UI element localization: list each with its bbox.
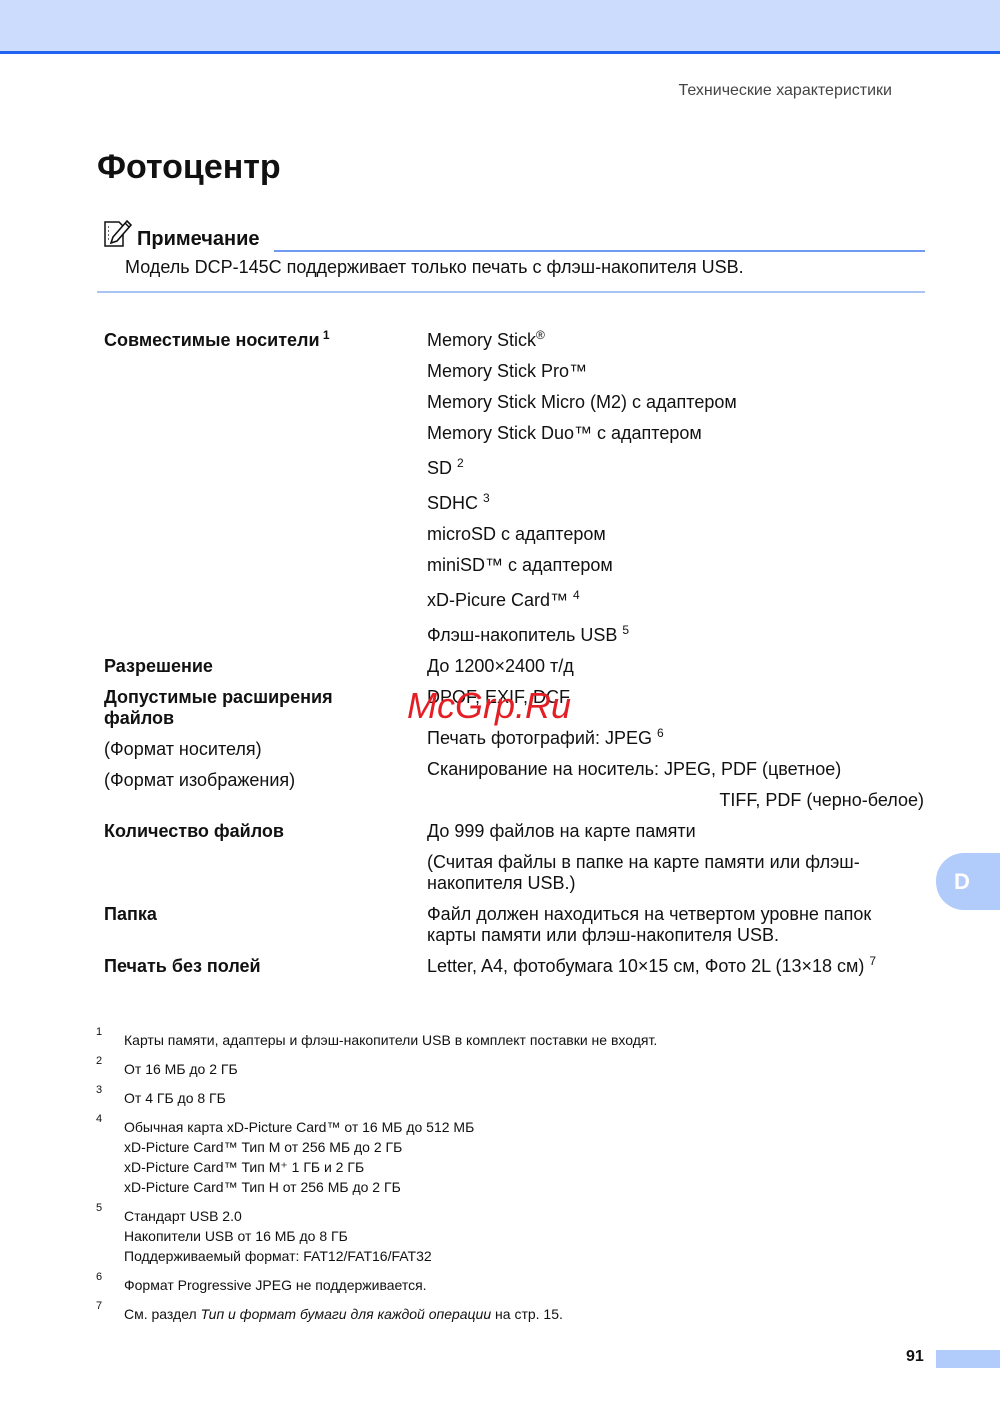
note-rule [274,250,925,252]
footnote: 3От 4 ГБ до 8 ГБ [96,1088,896,1108]
spec-label: Папка [104,904,427,946]
footnote-line: Стандарт USB 2.0 [124,1206,432,1226]
spec-label-text: Папка [104,904,157,924]
footnote-text: Карты памяти, адаптеры и флэш-накопители… [124,1030,657,1050]
footnote-text: Формат Progressive JPEG не поддерживаетс… [124,1275,427,1295]
spec-row: Количество файловДо 999 файлов на карте … [104,821,924,894]
spec-value-line: Memory Stick Pro™ [427,361,924,382]
footnote-number: 6 [96,1271,124,1291]
spec-row: Совместимые носители 1Memory Stick®Memor… [104,330,924,646]
spec-value-line: До 999 файлов на карте памяти [427,821,917,842]
chapter-tab: D [936,853,1000,910]
footnote-line: От 4 ГБ до 8 ГБ [124,1088,226,1108]
footnote-text: Стандарт USB 2.0Накопители USB от 16 МБ … [124,1206,432,1266]
footnote-number: 1 [96,1026,124,1046]
footnote-text: Обычная карта xD-Picture Card™ от 16 МБ … [124,1117,474,1197]
footnote-ref: ® [536,328,545,342]
spec-row: ПапкаФайл должен находиться на четвертом… [104,904,924,946]
spec-value: До 999 файлов на карте памяти(Считая фай… [427,821,924,894]
footnote-number: 7 [96,1300,124,1320]
spec-value-line: Файл должен находиться на четвертом уров… [427,904,917,946]
spec-value-line: xD-Picure Card™ 4 [427,590,924,611]
footnote-text: От 4 ГБ до 8 ГБ [124,1088,226,1108]
page-title: Фотоцентр [97,148,281,187]
footnotes: 1Карты памяти, адаптеры и флэш-накопител… [96,1030,896,1333]
spec-value-line: microSD с адаптером [427,524,924,545]
spec-label: Разрешение [104,656,427,677]
spec-value-line: Печать фотографий: JPEG 6 [427,728,924,749]
footnote: 6Формат Progressive JPEG не поддерживает… [96,1275,896,1295]
spec-label-text: Количество файлов [104,821,284,841]
page-number-bar [936,1350,1000,1368]
footnote-line: От 16 МБ до 2 ГБ [124,1059,238,1079]
footnote: 1Карты памяти, адаптеры и флэш-накопител… [96,1030,896,1050]
note-title: Примечание [137,228,260,250]
footnote: 4Обычная карта xD-Picture Card™ от 16 МБ… [96,1117,896,1197]
spec-sublabel: (Формат изображения) [104,770,427,791]
footnote-ref: 7 [869,954,876,968]
spec-sublabel: (Формат носителя) [104,739,427,760]
footnote-line: xD-Picture Card™ Тип H от 256 МБ до 2 ГБ [124,1177,474,1197]
spec-value-line: Memory Stick® [427,330,924,351]
spec-table: Совместимые носители 1Memory Stick®Memor… [104,330,924,977]
footnote-line: xD-Picture Card™ Тип M⁺ 1 ГБ и 2 ГБ [124,1157,474,1177]
spec-label: Допустимые расширения файлов(Формат носи… [104,687,427,811]
footnote-ref: 6 [657,726,664,740]
spec-label-text: Совместимые носители 1 [104,330,330,350]
footnote-number: 5 [96,1202,124,1262]
note-pencil-icon [101,218,133,250]
note-text: Модель DCP-145C поддерживает только печа… [125,257,925,278]
footnote-ref: 5 [622,623,629,637]
footnote-ref: 3 [483,491,490,505]
spec-value-line: Memory Stick Duo™ с адаптером [427,423,924,444]
page-number: 91 [906,1348,924,1366]
spec-value-line: До 1200×2400 т/д [427,656,924,677]
note-box: Примечание Модель DCP-145C поддерживает … [97,216,925,293]
footnote-line: Накопители USB от 16 МБ до 8 ГБ [124,1226,432,1246]
footnote-line: Поддерживаемый формат: FAT12/FAT16/FAT32 [124,1246,432,1266]
footnote: 2От 16 МБ до 2 ГБ [96,1059,896,1079]
spec-value-line: Флэш-накопитель USB 5 [427,625,924,646]
spec-value: Memory Stick®Memory Stick Pro™Memory Sti… [427,330,924,646]
footnote-line: Обычная карта xD-Picture Card™ от 16 МБ … [124,1117,474,1137]
spec-label-text: Печать без полей [104,956,261,976]
spec-value-line: (Считая файлы в папке на карте памяти ил… [427,852,917,894]
footnote-number: 4 [96,1113,124,1193]
spec-label: Совместимые носители 1 [104,330,427,646]
spec-row: Печать без полейLetter, A4, фотобумага 1… [104,956,924,977]
watermark: McGrp.Ru [407,685,571,727]
spec-value-line: SD 2 [427,458,924,479]
spec-label-text: Разрешение [104,656,213,676]
spec-value-line: Memory Stick Micro (M2) с адаптером [427,392,924,413]
top-band [0,0,1000,54]
footnote: 7См. раздел Тип и формат бумаги для кажд… [96,1304,896,1324]
footnote-line: Карты памяти, адаптеры и флэш-накопители… [124,1030,657,1050]
footnote-ref: 4 [573,588,580,602]
spec-value-line: miniSD™ с адаптером [427,555,924,576]
footnote-number: 2 [96,1055,124,1075]
spec-row: РазрешениеДо 1200×2400 т/д [104,656,924,677]
footnote-ref: 2 [457,456,464,470]
footnote-ref: 1 [320,328,330,342]
running-header: Технические характеристики [679,82,893,100]
footnote-text: От 16 МБ до 2 ГБ [124,1059,238,1079]
spec-value-line: SDHC 3 [427,493,924,514]
spec-value: Файл должен находиться на четвертом уров… [427,904,924,946]
footnote-line: Формат Progressive JPEG не поддерживаетс… [124,1275,427,1295]
spec-value: Letter, A4, фотобумага 10×15 см, Фото 2L… [427,956,924,977]
spec-label-text: Допустимые расширения файлов [104,687,364,729]
spec-label: Количество файлов [104,821,427,894]
footnote-number: 3 [96,1084,124,1104]
footnote: 5Стандарт USB 2.0Накопители USB от 16 МБ… [96,1206,896,1266]
spec-label: Печать без полей [104,956,427,977]
footnote-text: См. раздел Тип и формат бумаги для каждо… [124,1304,563,1324]
spec-value-line: Сканирование на носитель: JPEG, PDF (цве… [427,759,924,780]
spec-value-line: Letter, A4, фотобумага 10×15 см, Фото 2L… [427,956,917,977]
note-divider [97,291,925,293]
spec-value: До 1200×2400 т/д [427,656,924,677]
footnote-line: См. раздел Тип и формат бумаги для каждо… [124,1304,563,1324]
footnote-line: xD-Picture Card™ Тип M от 256 МБ до 2 ГБ [124,1137,474,1157]
spec-value-line: TIFF, PDF (черно-белое) [427,790,924,811]
